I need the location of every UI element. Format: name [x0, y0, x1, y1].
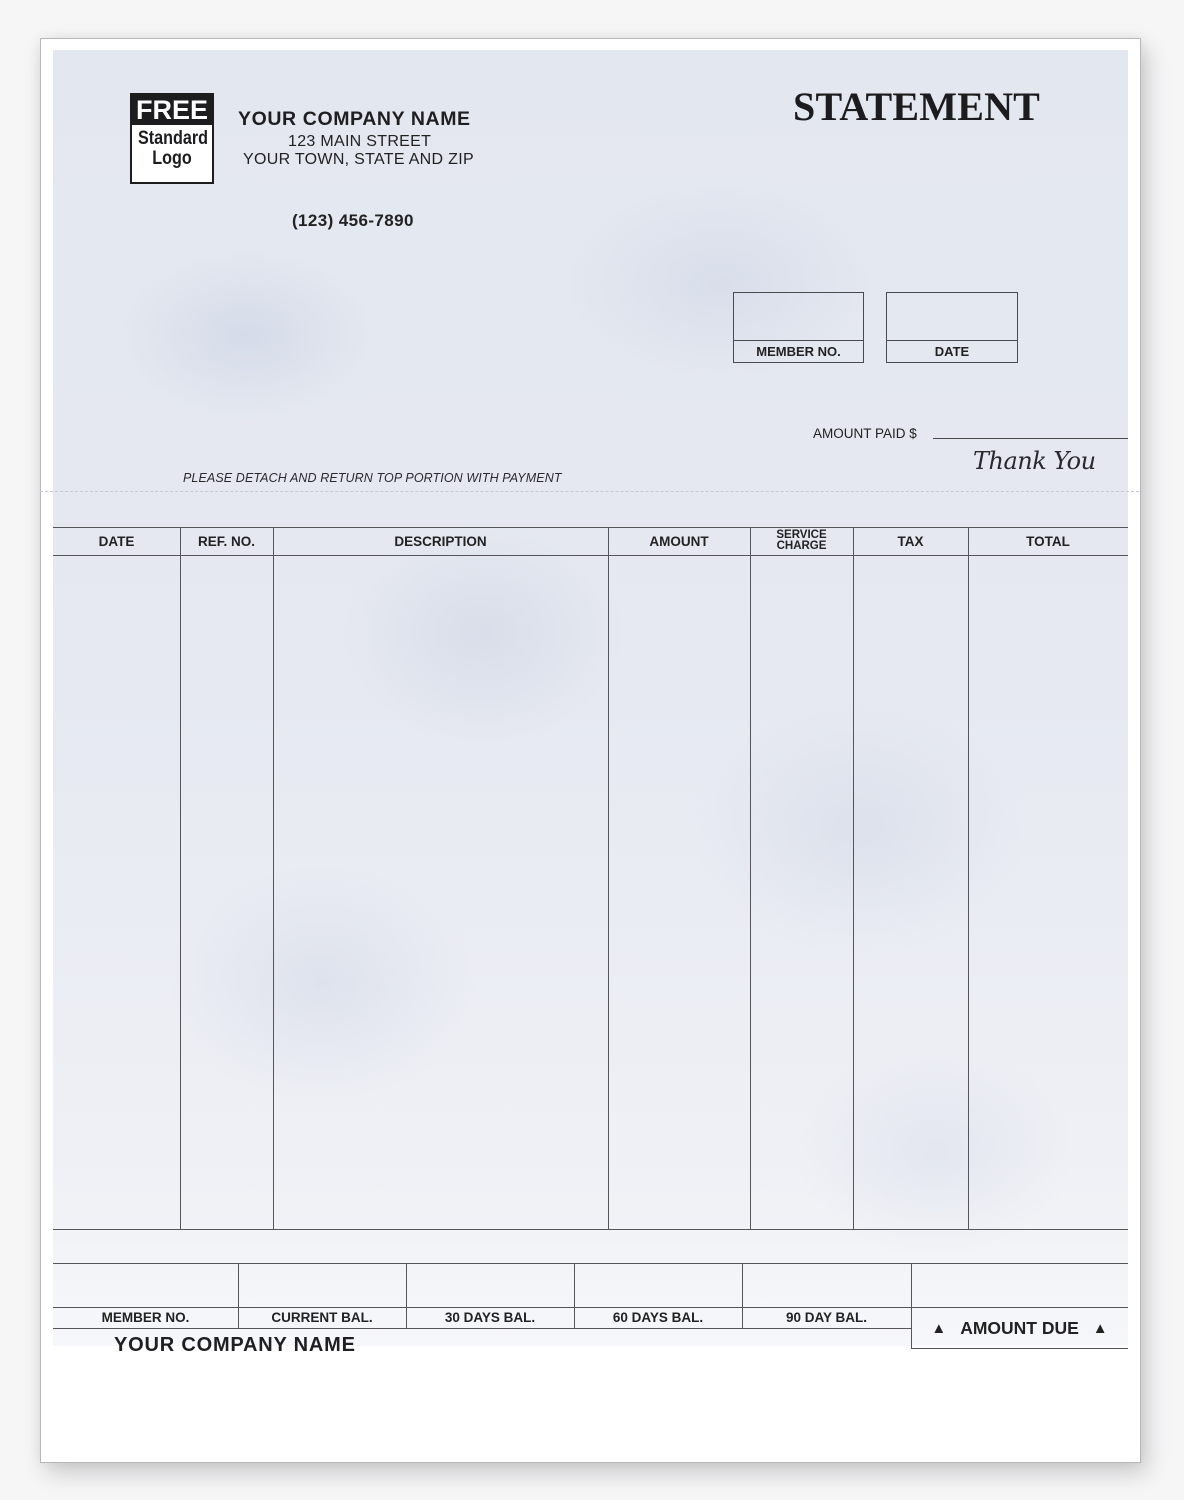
company-address-line1: 123 MAIN STREET [288, 133, 431, 151]
column-header-description: DESCRIPTION [273, 527, 608, 555]
column-header-tax: TAX [853, 527, 968, 555]
column-divider [180, 527, 181, 1229]
column-divider [750, 527, 751, 1229]
company-phone: (123) 456-7890 [292, 211, 414, 231]
member-no-field[interactable]: MEMBER NO. [733, 292, 864, 363]
arrow-up-icon: ▲ [1093, 1320, 1108, 1337]
amount-due-label: ▲ AMOUNT DUE ▲ [911, 1307, 1128, 1349]
company-name: YOUR COMPANY NAME [238, 108, 471, 131]
date-label: DATE [887, 340, 1017, 362]
summary-value-field[interactable] [406, 1263, 574, 1307]
logo-logo-label: Logo [138, 147, 206, 171]
summary-value-field[interactable] [53, 1263, 238, 1307]
summary-label-90-day-bal: 90 DAY BAL. [742, 1307, 911, 1328]
column-header-total: TOTAL [968, 527, 1128, 555]
summary-value-field[interactable] [742, 1263, 911, 1307]
table-bottom-rule [53, 1229, 1128, 1230]
detach-instruction: PLEASE DETACH AND RETURN TOP PORTION WIT… [183, 471, 562, 485]
parchment-background [53, 50, 1128, 1346]
column-divider [853, 527, 854, 1229]
thank-you-script: Thank You [973, 447, 1096, 475]
summary-label-member-no: MEMBER NO. [53, 1307, 238, 1328]
logo-free-label: FREE [132, 95, 212, 125]
date-field[interactable]: DATE [886, 292, 1018, 363]
amount-due-field[interactable] [911, 1263, 1128, 1307]
column-header-date: DATE [53, 527, 180, 555]
arrow-up-icon: ▲ [931, 1320, 946, 1337]
summary-bottom-rule [53, 1328, 911, 1329]
column-header-amount: AMOUNT [608, 527, 750, 555]
column-divider [968, 527, 969, 1229]
summary-value-field[interactable] [238, 1263, 406, 1307]
summary-label-30-days-bal: 30 DAYS BAL. [406, 1307, 574, 1328]
column-header-ref-no: REF. NO. [180, 527, 273, 555]
summary-value-field[interactable] [574, 1263, 742, 1307]
column-header-service-charge: SERVICECHARGE [750, 527, 853, 555]
summary-label-current-bal: CURRENT BAL. [238, 1307, 406, 1328]
footer-company-name: YOUR COMPANY NAME [114, 1334, 356, 1357]
member-no-label: MEMBER NO. [734, 340, 863, 362]
column-divider [608, 527, 609, 1229]
amount-paid-label: AMOUNT PAID $ [813, 426, 917, 441]
column-divider [273, 527, 274, 1229]
company-address-line2: YOUR TOWN, STATE AND ZIP [243, 151, 474, 169]
amount-paid-field[interactable] [933, 438, 1128, 439]
company-logo: FREE Standard Logo [130, 93, 214, 184]
summary-label-60-days-bal: 60 DAYS BAL. [574, 1307, 742, 1328]
perforation-line [40, 491, 1139, 492]
document-title: STATEMENT [793, 83, 1040, 130]
amount-due-text: AMOUNT DUE [960, 1318, 1079, 1339]
table-header-rule [53, 555, 1128, 556]
